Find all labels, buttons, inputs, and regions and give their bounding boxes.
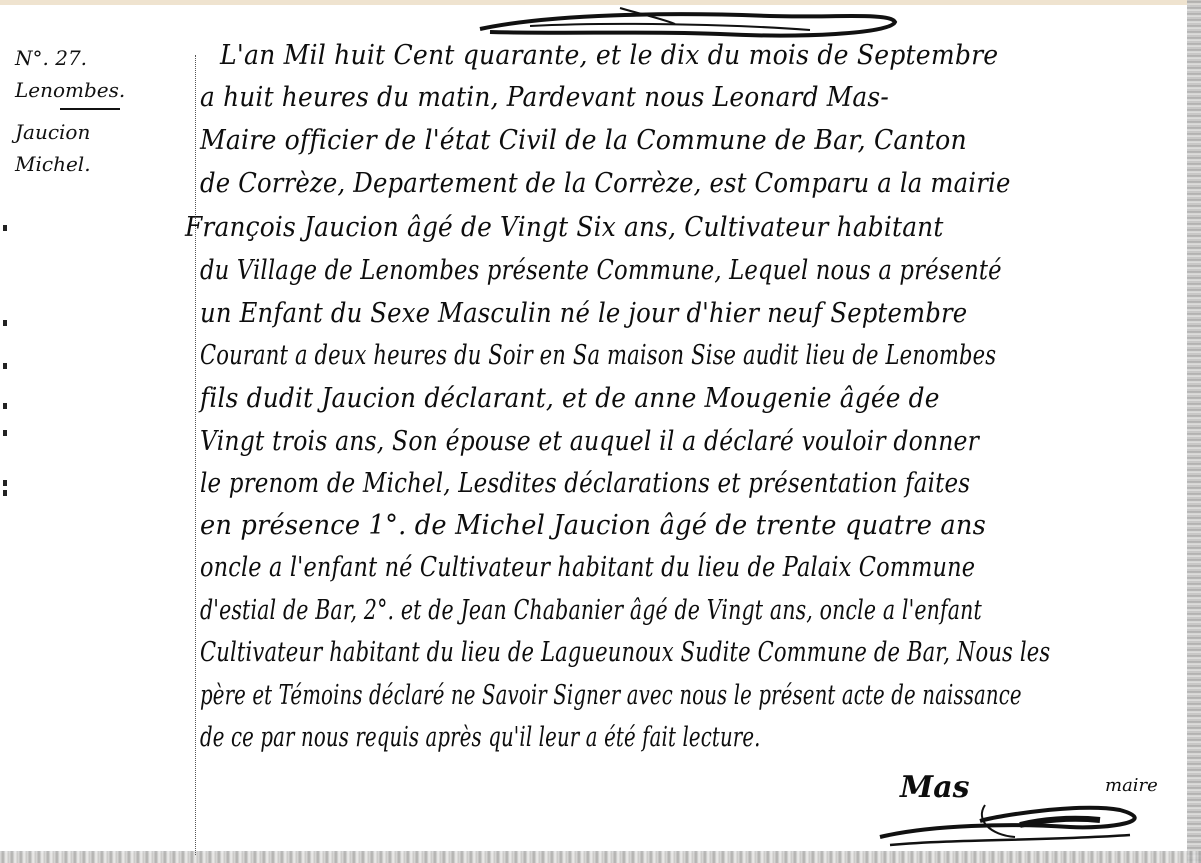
margin-given-name: Michel. (15, 148, 190, 180)
body-line: Cultivateur habitant du lieu de Lagueuno… (200, 637, 1050, 668)
body-line: un Enfant du Sexe Masculin né le jour d'… (200, 298, 967, 329)
body-line: du Village de Lenombes présente Commune,… (200, 255, 1002, 286)
signature-role: maire (1105, 775, 1158, 796)
body-line: le prenom de Michel, Lesdites déclaratio… (200, 468, 970, 499)
scan-right-edge (1187, 0, 1201, 863)
body-line: a huit heures du matin, Pardevant nous L… (200, 82, 889, 113)
margin-rule-line (195, 55, 196, 855)
body-line: Maire officier de l'état Civil de la Com… (200, 125, 967, 156)
margin-annotation: N°. 27. Lenombes. Jaucion Michel. (15, 42, 190, 180)
body-line: de Corrèze, Departement de la Corrèze, e… (200, 168, 1011, 199)
margin-divider (60, 108, 120, 110)
margin-surname: Jaucion (15, 116, 190, 148)
body-line: François Jaucion âgé de Vingt Six ans, C… (185, 212, 944, 243)
body-line: en présence 1°. de Michel Jaucion âgé de… (200, 510, 986, 541)
body-line: de ce par nous requis après qu'il leur a… (200, 722, 761, 753)
signature-name: Mas (900, 770, 970, 805)
body-line: fils dudit Jaucion déclarant, et de anne… (200, 383, 940, 414)
body-line: Courant a deux heures du Soir en Sa mais… (200, 340, 996, 371)
body-line: d'estial de Bar, 2°. et de Jean Chabanie… (200, 595, 982, 626)
body-line: père et Témoins déclaré ne Savoir Signer… (200, 680, 1022, 711)
header-flourish-icon (470, 4, 900, 44)
record-number: N°. 27. (15, 42, 190, 74)
body-line: L'an Mil huit Cent quarante, et le dix d… (220, 40, 998, 71)
body-line: Vingt trois ans, Son épouse et auquel il… (200, 426, 979, 457)
margin-village: Lenombes. (15, 74, 190, 106)
body-line: oncle a l'enfant né Cultivateur habitant… (200, 552, 975, 583)
